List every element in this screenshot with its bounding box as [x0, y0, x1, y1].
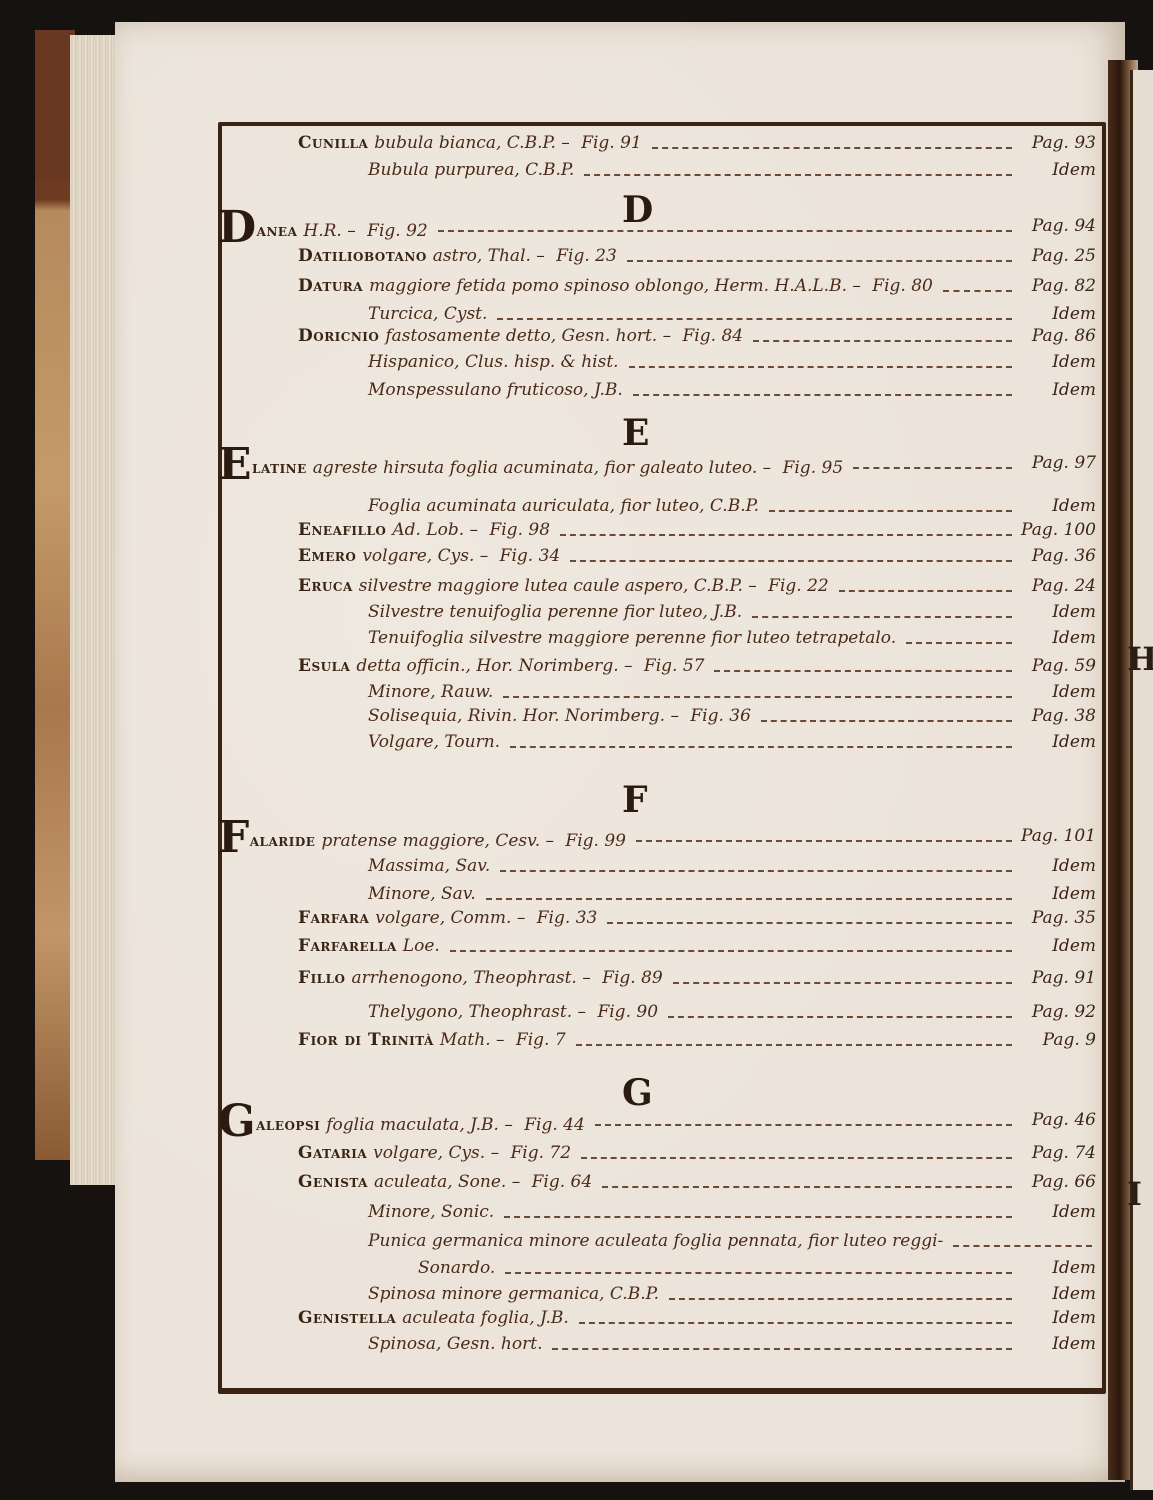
entry-name: Falaride	[218, 831, 315, 851]
entry-description: Turcica, Cyst.	[368, 304, 487, 324]
dotted-leader	[584, 174, 1012, 176]
page-reference: Pag. 46	[1032, 1110, 1096, 1130]
entry-description: Solisequia, Rivin. Hor. Norimberg.	[368, 706, 665, 726]
figure-reference: Fig. 44	[524, 1115, 585, 1135]
dotted-leader	[570, 560, 1012, 562]
entry-name: Gataria	[298, 1143, 367, 1163]
page-reference: Pag. 94	[1032, 216, 1096, 236]
entry-description: Minore, Sonic.	[368, 1202, 494, 1222]
figure-reference: Fig. 91	[581, 133, 642, 153]
page-reference: Pag. 36	[1032, 546, 1096, 566]
page-reference: Pag. 25	[1032, 246, 1096, 266]
dotted-leader	[906, 642, 1012, 644]
page-reference: Idem	[1052, 628, 1096, 648]
dotted-leader	[839, 590, 1012, 592]
entry-name: Cunilla	[298, 133, 368, 153]
entry-name-rest: latine	[252, 458, 307, 478]
dotted-leader	[627, 260, 1012, 262]
figure-reference: Fig. 33	[537, 908, 598, 928]
entry-description: volgare, Comm.	[375, 908, 511, 928]
entry-description: Punica germanica minore aculeata foglia …	[368, 1231, 943, 1251]
entry-name: Eruca	[298, 576, 353, 596]
page-reference: Idem	[1052, 1334, 1096, 1354]
page-fore-edge	[70, 35, 121, 1185]
index-entry: DaneaH.R. – Fig. 92Pag. 94	[222, 214, 1102, 246]
figure-reference: Fig. 36	[690, 706, 751, 726]
index-entry: Datiliobotanoastro, Thal. – Fig. 23Pag. …	[222, 244, 1102, 276]
index-entry: Filloarrhenogono, Theophrast. – Fig. 89P…	[222, 966, 1102, 998]
index-entry: Emerovolgare, Cys. – Fig. 34Pag. 36	[222, 544, 1102, 576]
index-frame: Cunillabubula bianca, C.B.P. – Fig. 91Pa…	[218, 122, 1106, 1394]
drop-initial: G	[218, 1096, 256, 1147]
entry-description: Foglia acuminata auriculata, fior luteo,…	[368, 496, 759, 516]
index-entry: FarfarellaLoe.Idem	[222, 934, 1102, 966]
page-reference: Pag. 101	[1021, 826, 1096, 846]
facing-section-letter: I	[1127, 1175, 1142, 1213]
figure-reference: Fig. 72	[511, 1143, 572, 1163]
entry-description: astro, Thal.	[433, 246, 531, 266]
dotted-leader	[607, 922, 1012, 924]
entry-description: silvestre maggiore lutea caule aspero, C…	[359, 576, 743, 596]
entry-description: Bubula purpurea, C.B.P.	[368, 160, 574, 180]
entry-description: bubula bianca, C.B.P.	[374, 133, 556, 153]
entry-name: Farfarella	[298, 936, 397, 956]
index-entry: Bubula purpurea, C.B.P.Idem	[222, 158, 1102, 190]
figure-reference: Fig. 80	[872, 276, 933, 296]
index-entry: Elatineagreste hirsuta foglia acuminata,…	[222, 451, 1102, 483]
dotted-leader	[500, 870, 1012, 872]
entry-description: Spinosa minore germanica, C.B.P.	[368, 1284, 659, 1304]
entry-description: Loe.	[403, 936, 440, 956]
dotted-leader	[714, 670, 1012, 672]
entry-name-rest: anea	[257, 221, 298, 241]
page-reference: Pag. 66	[1032, 1172, 1096, 1192]
entry-description: aculeata foglia, J.B.	[402, 1308, 569, 1328]
entry-description: maggiore fetida pomo spinoso oblongo, He…	[369, 276, 847, 296]
entry-description: volgare, Cys.	[373, 1143, 485, 1163]
dotted-leader	[438, 230, 1012, 232]
dotted-leader	[629, 366, 1012, 368]
page-reference: Pag. 24	[1032, 576, 1096, 596]
dotted-leader	[761, 720, 1012, 722]
entry-name: Fior di Trinità	[298, 1030, 434, 1050]
entry-name: Doricnio	[298, 326, 379, 346]
dotted-leader	[560, 534, 1012, 536]
figure-reference: Fig. 34	[500, 546, 561, 566]
index-body: Cunillabubula bianca, C.B.P. – Fig. 91Pa…	[222, 126, 1102, 1388]
facing-section-letter: H	[1127, 640, 1153, 678]
index-entry: Galeopsifoglia maculata, J.B. – Fig. 44P…	[222, 1108, 1102, 1140]
dotted-leader	[581, 1157, 1012, 1159]
figure-reference: Fig. 90	[597, 1002, 658, 1022]
dotted-leader	[668, 1016, 1012, 1018]
page-reference: Idem	[1052, 160, 1096, 180]
entry-description: H.R.	[303, 221, 341, 241]
entry-name: Emero	[298, 546, 356, 566]
figure-reference: Fig. 7	[516, 1030, 566, 1050]
page-reference: Idem	[1052, 936, 1096, 956]
page-reference: Idem	[1052, 1258, 1096, 1278]
figure-reference: Fig. 98	[489, 520, 550, 540]
entry-description: Massima, Sav.	[368, 856, 490, 876]
page-reference: Pag. 91	[1032, 968, 1096, 988]
leather-spine-corner	[35, 30, 75, 180]
index-entry: Fior di TrinitàMath. – Fig. 7Pag. 9	[222, 1028, 1102, 1060]
dotted-leader	[450, 950, 1012, 952]
dotted-leader	[753, 340, 1012, 342]
dotted-leader	[504, 1216, 1012, 1218]
figure-reference: Fig. 95	[783, 458, 844, 478]
page-reference: Idem	[1052, 380, 1096, 400]
page-reference: Idem	[1052, 1308, 1096, 1328]
entry-description: volgare, Cys.	[362, 546, 474, 566]
section-heading-letter: F	[622, 779, 648, 821]
dotted-leader	[752, 616, 1012, 618]
dotted-leader	[505, 1272, 1012, 1274]
entry-description: Monspessulano fruticoso, J.B.	[368, 380, 623, 400]
dotted-leader	[595, 1124, 1012, 1126]
index-entry: Gatariavolgare, Cys. – Fig. 72Pag. 74	[222, 1141, 1102, 1173]
entry-description: aculeata, Sone.	[374, 1172, 506, 1192]
page-reference: Pag. 9	[1043, 1030, 1096, 1050]
entry-name: Galeopsi	[218, 1115, 320, 1135]
page-reference: Pag. 82	[1032, 276, 1096, 296]
page-reference: Pag. 97	[1032, 453, 1096, 473]
dotted-leader	[497, 318, 1012, 320]
index-entry: Spinosa, Gesn. hort.Idem	[222, 1332, 1102, 1364]
dotted-leader	[633, 394, 1012, 396]
figure-reference: Fig. 84	[683, 326, 744, 346]
figure-reference: Fig. 92	[367, 221, 428, 241]
page-reference: Idem	[1052, 602, 1096, 622]
entry-name-rest: aleopsi	[256, 1115, 320, 1135]
page-reference: Idem	[1052, 496, 1096, 516]
page-reference: Idem	[1052, 304, 1096, 324]
dotted-leader	[769, 510, 1012, 512]
dotted-leader	[510, 746, 1012, 748]
page-reference: Pag. 93	[1032, 133, 1096, 153]
index-entry: Monspessulano fruticoso, J.B.Idem	[222, 378, 1102, 410]
page-reference: Pag. 38	[1032, 706, 1096, 726]
entry-name: Eneafillo	[298, 520, 386, 540]
dotted-leader	[853, 467, 1012, 469]
entry-name: Datura	[298, 276, 363, 296]
entry-description: fastosamente detto, Gesn. hort.	[385, 326, 657, 346]
entry-description: Minore, Sav.	[368, 884, 476, 904]
entry-description: Volgare, Tourn.	[368, 732, 500, 752]
index-entry: Falaridepratense maggiore, Cesv. – Fig. …	[222, 824, 1102, 856]
book-cover-left	[35, 30, 75, 1160]
entry-name: Farfara	[298, 908, 369, 928]
entry-name: Datiliobotano	[298, 246, 427, 266]
figure-reference: Fig. 99	[565, 831, 626, 851]
dotted-leader	[652, 147, 1012, 149]
dotted-leader	[576, 1044, 1012, 1046]
page-reference: Pag. 86	[1032, 326, 1096, 346]
facing-page: H I	[1130, 70, 1153, 1490]
entry-description: Spinosa, Gesn. hort.	[368, 1334, 542, 1354]
entry-description: pratense maggiore, Cesv.	[321, 831, 540, 851]
page-reference: Idem	[1052, 1202, 1096, 1222]
entry-name-rest: alaride	[250, 831, 316, 851]
dotted-leader	[673, 982, 1012, 984]
dotted-leader	[579, 1322, 1012, 1324]
page-reference: Pag. 59	[1032, 656, 1096, 676]
dotted-leader	[602, 1186, 1012, 1188]
entry-name: Fillo	[298, 968, 346, 988]
figure-reference: Fig. 64	[532, 1172, 593, 1192]
page-reference: Pag. 100	[1021, 520, 1096, 540]
page-reference: Pag. 74	[1032, 1143, 1096, 1163]
page-reference: Idem	[1052, 352, 1096, 372]
entry-name: Danea	[218, 221, 297, 241]
drop-initial: E	[218, 439, 252, 490]
page-reference: Idem	[1052, 884, 1096, 904]
figure-reference: Fig. 22	[768, 576, 829, 596]
dotted-leader	[486, 898, 1012, 900]
entry-description: agreste hirsuta foglia acuminata, fior g…	[313, 458, 757, 478]
entry-name: Genistella	[298, 1308, 396, 1328]
entry-description: Hispanico, Clus. hisp. & hist.	[368, 352, 619, 372]
figure-reference: Fig. 23	[556, 246, 617, 266]
entry-description: Math.	[440, 1030, 491, 1050]
entry-description: Ad. Lob.	[392, 520, 464, 540]
entry-name: Esula	[298, 656, 350, 676]
dotted-leader	[669, 1298, 1012, 1300]
entry-description: Thelygono, Theophrast.	[368, 1002, 572, 1022]
dotted-leader	[636, 840, 1012, 842]
dotted-leader	[503, 696, 1012, 698]
entry-name: Genista	[298, 1172, 368, 1192]
entry-description: Minore, Rauw.	[368, 682, 493, 702]
figure-reference: Fig. 57	[644, 656, 705, 676]
entry-name: Elatine	[218, 458, 307, 478]
entry-description: arrhenogono, Theophrast.	[352, 968, 577, 988]
index-entry: Genistaaculeata, Sone. – Fig. 64Pag. 66	[222, 1170, 1102, 1202]
dotted-leader	[552, 1348, 1012, 1350]
index-entry: Volgare, Tourn.Idem	[222, 730, 1102, 762]
page-reference: Idem	[1052, 682, 1096, 702]
page-reference: Pag. 92	[1032, 1002, 1096, 1022]
dotted-leader	[953, 1245, 1092, 1247]
page-reference: Idem	[1052, 1284, 1096, 1304]
entry-description: foglia maculata, J.B.	[326, 1115, 499, 1135]
entry-description: detta officin., Hor. Norimberg.	[356, 656, 618, 676]
page-reference: Idem	[1052, 856, 1096, 876]
dotted-leader	[943, 290, 1012, 292]
entry-description: Silvestre tenuifoglia perenne fior luteo…	[368, 602, 742, 622]
entry-description: Sonardo.	[418, 1258, 495, 1278]
figure-reference: Fig. 89	[602, 968, 663, 988]
page-reference: Idem	[1052, 732, 1096, 752]
index-entry: Minore, Sonic.Idem	[222, 1200, 1102, 1232]
entry-description: Tenuifoglia silvestre maggiore perenne f…	[368, 628, 896, 648]
page-reference: Pag. 35	[1032, 908, 1096, 928]
